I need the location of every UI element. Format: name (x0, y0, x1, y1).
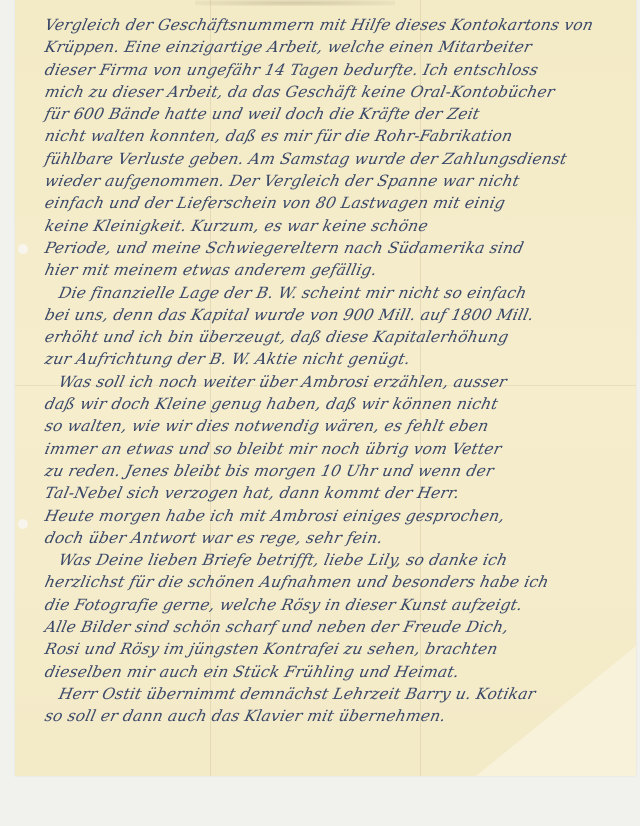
letter-line: Rosi und Rösy im jüngsten Kontrafei zu s… (43, 638, 628, 660)
letter-line: wieder aufgenommen. Der Vergleich der Sp… (43, 170, 628, 192)
letter-line: Tal-Nebel sich verzogen hat, dann kommt … (43, 482, 628, 504)
letter-paper: Vergleich der Geschäftsnummern mit Hilfe… (15, 0, 636, 776)
letter-line: nicht walten konnten, daß es mir für die… (43, 125, 628, 147)
letter-line: fühlbare Verluste geben. Am Samstag wurd… (43, 148, 628, 170)
letter-line: daß wir doch Kleine genug haben, daß wir… (43, 393, 628, 415)
letter-line: zu reden. Jenes bleibt bis morgen 10 Uhr… (43, 460, 628, 482)
letter-line: Herr Ostit übernimmt demnächst Lehrzeit … (43, 683, 628, 705)
letter-line: dieser Firma von ungefähr 14 Tagen bedur… (43, 59, 628, 81)
letter-line: so walten, wie wir dies notwendig wären,… (43, 415, 628, 437)
letter-line: Heute morgen habe ich mit Ambrosi einige… (43, 505, 628, 527)
letter-line: bei uns, denn das Kapital wurde von 900 … (43, 304, 628, 326)
letter-line: mich zu dieser Arbeit, da das Geschäft k… (43, 81, 628, 103)
letter-line: Die finanzielle Lage der B. W. scheint m… (43, 282, 628, 304)
letter-line: so soll er dann auch das Klavier mit übe… (43, 705, 628, 727)
letter-line: dieselben mir auch ein Stück Frühling un… (43, 661, 628, 683)
letter-line: Krüppen. Eine einzigartige Arbeit, welch… (43, 36, 628, 58)
letter-line: Vergleich der Geschäftsnummern mit Hilfe… (43, 14, 628, 36)
letter-line: hier mit meinem etwas anderem gefällig. (43, 259, 628, 281)
letter-line: Periode, und meine Schwiegereltern nach … (43, 237, 628, 259)
letter-line: die Fotografie gerne, welche Rösy in die… (43, 594, 628, 616)
letter-line: einfach und der Lieferschein von 80 Last… (43, 192, 628, 214)
letter-line: Was soll ich noch weiter über Ambrosi er… (43, 371, 628, 393)
letter-line: Alle Bilder sind schön scharf und neben … (43, 616, 628, 638)
letter-line: keine Kleinigkeit. Kurzum, es war keine … (43, 215, 628, 237)
punch-hole (18, 519, 28, 529)
letter-line: doch über Antwort war es rege, sehr fein… (43, 527, 628, 549)
letter-line: für 600 Bände hatte und weil doch die Kr… (43, 103, 628, 125)
paper-shadow (195, 0, 395, 6)
punch-hole (18, 244, 28, 254)
letter-line: erhöht und ich bin überzeugt, daß diese … (43, 326, 628, 348)
letter-line: immer an etwas und so bleibt mir noch üb… (43, 438, 628, 460)
letter-line: Was Deine lieben Briefe betrifft, liebe … (43, 549, 628, 571)
letter-body: Vergleich der Geschäftsnummern mit Hilfe… (45, 14, 625, 728)
letter-line: herzlichst für die schönen Aufnahmen und… (43, 571, 628, 593)
letter-line: zur Aufrichtung der B. W. Aktie nicht ge… (43, 348, 628, 370)
